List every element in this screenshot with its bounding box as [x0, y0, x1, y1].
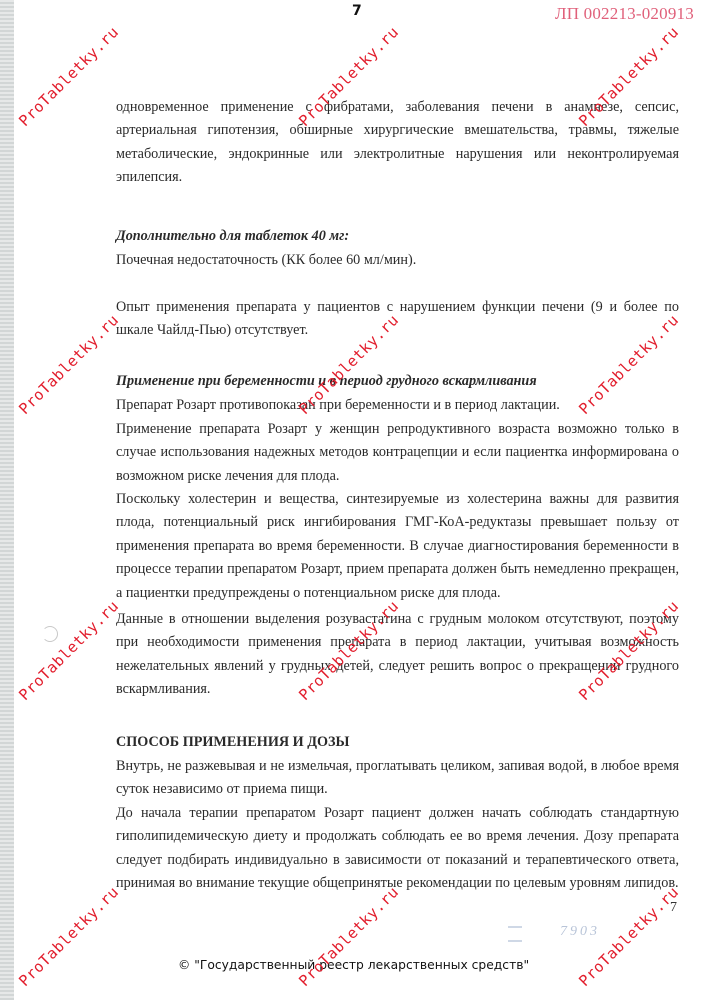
page-number-bottom: 7 — [670, 900, 677, 916]
dosage-paragraph-2: До начала терапии препаратом Розарт паци… — [116, 802, 679, 896]
watermark: ProTabletky.ru — [15, 597, 122, 704]
watermark: ProTabletky.ru — [15, 311, 122, 418]
pregnancy-paragraph-3: Поскольку холестерин и вещества, синтези… — [116, 488, 679, 605]
page-number-top: 7 — [352, 3, 362, 19]
dosage-section-heading: СПОСОБ ПРИМЕНЕНИЯ И ДОЗЫ — [116, 731, 679, 754]
pregnancy-paragraph-2: Применение препарата Розарт у женщин реп… — [116, 418, 679, 488]
dosage-paragraph-1: Внутрь, не разжевывая и не измельчая, пр… — [116, 755, 679, 802]
stamp-number: 7903 — [560, 924, 600, 940]
contraindications-continued: одновременное применение с фибратами, за… — [116, 96, 679, 190]
scan-artifact-circle — [42, 626, 58, 642]
stamp-mark — [508, 926, 522, 942]
copyright-notice: © "Государственный реестр лекарственных … — [178, 958, 529, 972]
tablets-40mg-heading: Дополнительно для таблеток 40 мг: — [116, 225, 679, 248]
watermark: ProTabletky.ru — [295, 883, 402, 990]
lactation-paragraph: Данные в отношении выделения розувастати… — [116, 608, 679, 702]
registration-number: ЛП 002213-020913 — [555, 4, 694, 24]
pregnancy-heading: Применение при беременности и в период г… — [116, 370, 679, 393]
tablets-40mg-text: Почечная недостаточность (КК более 60 мл… — [116, 249, 679, 272]
pregnancy-paragraph-1: Препарат Розарт противопоказан при берем… — [116, 394, 679, 417]
scan-edge — [0, 0, 14, 1000]
liver-function-text: Опыт применения препарата у пациентов с … — [116, 296, 679, 343]
watermark: ProTabletky.ru — [15, 23, 122, 130]
watermark: ProTabletky.ru — [15, 883, 122, 990]
